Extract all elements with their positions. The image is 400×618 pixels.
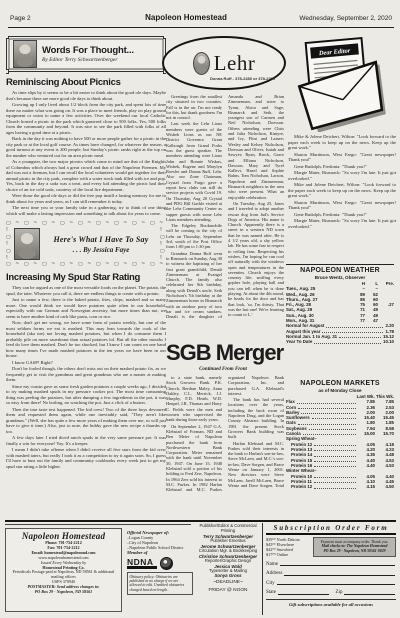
lehr-contact: Donna Ruff - 378-2280 or 378-2290: [210, 76, 275, 81]
bottom-divider: [262, 523, 263, 615]
payment-note: Payment must accompany order. Thank you.…: [313, 537, 396, 557]
lehr-column-header: Lehr Donna Ruff - 378-2280 or 378-2290: [162, 36, 286, 90]
article-headline: Reminiscing About Picnics: [6, 77, 166, 88]
letter-to-editor: Sharon Martinson, West Fargo: "Great new…: [288, 200, 396, 211]
markets-box: NAPOLEON MARKETS as of Monday Close Last…: [286, 380, 394, 490]
words-for-thought-header: Words For Thought... By Editor Terry Sch…: [6, 36, 166, 72]
article-paragraph: As time slips by it seems to be a bit ea…: [6, 90, 166, 101]
article-paragraph: Last week the Lehr Lions members were gu…: [166, 121, 222, 222]
ornament-border-left: [6, 227, 12, 261]
member-association-seal: [160, 557, 173, 570]
header-rule: [8, 27, 394, 28]
column-byline: By Editor Terry Schwartzenberger: [42, 57, 134, 63]
left-column: Words For Thought... By Editor Terry Sch…: [6, 36, 166, 524]
article-paragraph: Were those the good ole days or did the …: [6, 193, 166, 204]
dear-editor-letters: Mike & Jolene Deichert, Wilton: "Look fo…: [288, 134, 396, 260]
official-newspaper-column: Official Newspaper of: –Logan County–Cit…: [127, 530, 193, 595]
article-paragraph: The next time you or your family take in…: [6, 205, 166, 216]
weather-observer: Bruce Wentz, Observer: [286, 275, 394, 280]
article-paragraph: They can be argued as one of the most ve…: [6, 285, 166, 296]
member-of-label: Member of: [127, 550, 193, 555]
article-paragraph: I know GASP! Right?: [6, 360, 166, 366]
gift-subscription-note: Gift subscriptions available for all occ…: [266, 599, 396, 607]
article-paragraph: Back in the day it was nothing to have 5…: [6, 136, 166, 158]
ornament-border-bottom: [6, 262, 166, 267]
article-paragraph: Growing up I only lived about 1/2 block …: [6, 102, 166, 135]
continued-from-front-note: Continued From Front: [166, 367, 280, 372]
middle-column: Lehr Donna Ruff - 378-2280 or 378-2290 G…: [166, 36, 284, 524]
masthead-box: Napoleon Homestead Phone: 701-754-2212 F…: [5, 528, 122, 612]
markets-subtitle: as of Monday Close: [286, 388, 394, 393]
market-row: Protein 12 4.154.50: [286, 484, 394, 489]
deadline-time: FRIDAY @ NOON: [197, 588, 259, 594]
subscription-prices: $39⁰⁰ North Dakota$45⁰⁰ Elsewhere$42⁰⁰ S…: [266, 537, 310, 557]
article-paragraph: As a youngster, the two major picnics wh…: [6, 159, 166, 192]
name-field: Name: [266, 562, 396, 567]
issue-date: Wednesday, September 2, 2020: [272, 15, 392, 22]
subscription-title: Subscription Order Form: [266, 524, 396, 535]
corner-ornament: [6, 69, 9, 74]
subscription-order-form: Subscription Order Form $39⁰⁰ North Dako…: [266, 524, 396, 607]
price-line: $17⁰⁰ Online: [266, 552, 310, 557]
column-title: Here's What I Have To Say: [45, 235, 157, 244]
article-paragraph: Don't be fooled though, the others don't…: [6, 366, 166, 383]
editor-photo: [13, 40, 37, 68]
lehr-title: Lehr: [214, 53, 256, 73]
article-paragraph: Greetings from the smallest city situate…: [166, 94, 222, 120]
weather-box: NAPOLEON WEATHER Bruce Wentz, Observer H…: [286, 264, 394, 345]
article-paragraph: The Edgeley Bookmobile will be coming to…: [166, 223, 222, 249]
letter-to-editor: Mike & Jolene Deichert, Wilton: "Look fo…: [288, 134, 396, 151]
weather-summary-row: Year To Date10.10: [286, 339, 394, 344]
article-paragraph: Just to name a few, there is the baked p…: [6, 297, 166, 319]
city-field: City: [266, 581, 396, 586]
letter-to-editor: Margie Maier, Bismarck: "So sorry I'm la…: [288, 218, 396, 229]
article-paragraph: Then the true taste test happened. The k…: [6, 407, 166, 435]
ndna-logo: NDNA: [127, 558, 157, 570]
article-paragraph: The bank has had several locations over …: [228, 397, 284, 439]
page-header: Page 2 Napoleon Homestead Wednesday, Sep…: [10, 13, 392, 22]
staff-entry: Publisher/Editor & Commercial Printing T…: [197, 524, 259, 539]
staff-entry: Typesetter & Mailing Sonya Gross: [197, 569, 259, 579]
bottom-band-rule-thin: [5, 524, 191, 525]
dear-editor-envelope: Dear Editor: [288, 36, 392, 137]
column-title: Words For Thought...: [42, 45, 134, 56]
staff-column: Publisher/Editor & Commercial Printing T…: [197, 524, 259, 594]
newspaper-title: Napoleon Homestead: [100, 13, 272, 22]
article-paragraph: I mean I didn't take offense when I didn…: [6, 447, 166, 469]
deadline-label: ~DEADLINE~: [197, 580, 259, 586]
lehr-correspondent-photo: [193, 52, 210, 75]
letter-to-editor: Mike and Jolene Deichert, Wilton: "Look …: [288, 182, 396, 199]
markets-title: NAPOLEON MARKETS: [286, 380, 394, 387]
right-column: Dear Editor Mike & Jolene Deichert, Wilt…: [286, 36, 396, 524]
corner-ornament: [6, 36, 9, 39]
article-body: As time slips by it seems to be a bit ea…: [6, 90, 166, 216]
weather-title: NAPOLEON WEATHER: [286, 267, 394, 274]
letter-to-editor: Margie Maier, Bismarck: "So sorry I'm la…: [288, 170, 396, 181]
article-paragraph: to a state bank, namely Stock Growers Ba…: [166, 375, 222, 423]
letter-to-editor: Sharon Martinson, West Fargo: "Great new…: [288, 152, 396, 163]
newspaper-page: Page 2 Napoleon Homestead Wednesday, Sep…: [0, 0, 400, 618]
article-paragraph: On Tuesday, Aug 25, Jones and I traveled…: [228, 201, 284, 318]
sgb-merger-headline: SGB Merger: [166, 341, 284, 365]
obituary-policy: Obituary policy: Obituaries are publishe…: [127, 572, 193, 595]
article-paragraph: Now, don't get me wrong, we have some fo…: [6, 320, 166, 359]
letter-to-editor: Gene Rudolph, Fredonia: "Thank you!": [288, 164, 396, 170]
heres-what-header: Here's What I Have To Say . . . By Jessi…: [6, 221, 166, 267]
sgb-article-body: to a state bank, namely Stock Growers Ba…: [166, 375, 284, 493]
column-byline: . . . By Jessica Faye: [45, 246, 157, 254]
article-headline: Increasing My Spud Star Rating: [6, 272, 166, 283]
bottom-band-rule: [5, 520, 396, 522]
address-field: Address: [266, 571, 396, 576]
article-paragraph: Since my cousin gave us some fresh garde…: [6, 384, 166, 406]
article-body: They can be argued as one of the most ve…: [6, 285, 166, 469]
article-paragraph: A few days later I tried diced ranch spu…: [6, 435, 166, 446]
state-zip-fields: State Zip: [266, 590, 396, 595]
columnist-photo: [14, 228, 40, 260]
page-number: Page 2: [10, 15, 100, 22]
lehr-article-body: Greetings from the smallest city situate…: [166, 94, 284, 338]
masthead-postmaster-address: PO Box 29 - Napoleon, ND 58561: [8, 590, 119, 595]
letter-to-editor: Gene Rudolph, Fredonia: "Thank you!": [288, 212, 396, 218]
ornament-border-top: [6, 221, 166, 226]
